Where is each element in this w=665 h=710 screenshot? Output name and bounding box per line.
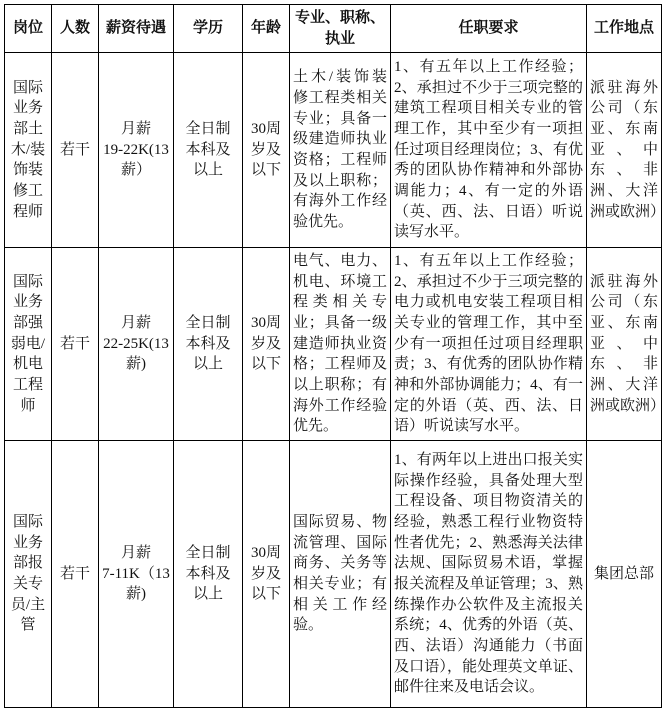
cell-age: 30周岁及以下	[243, 441, 290, 708]
cell-position: 国际业务部报关专员/主管	[5, 441, 52, 708]
cell-salary: 月薪 22-25K(13 薪)	[99, 248, 174, 441]
header-headcount: 人数	[52, 5, 99, 53]
header-education: 学历	[174, 5, 243, 53]
recruitment-page: 岗位 人数 薪资待遇 学历 年龄 专业、职称、执业 任职要求 工作地点 国际业务…	[0, 0, 665, 710]
cell-requirements: 1、有五年以上工作经验；2、承担过不少于三项完整的电力或机电安装工程项目相关专业…	[391, 248, 587, 441]
header-requirements: 任职要求	[391, 5, 587, 53]
cell-major-title: 国际贸易、物流管理、国际商务、关务等相关专业；有相关工作经验。	[290, 441, 391, 708]
cell-major-title: 土木/装饰装修工程类相关专业；具备一级建造师执业资格；工程师及以上职称；有海外工…	[290, 53, 391, 248]
table-row: 国际业务部强弱电/机电工程师 若干 月薪 22-25K(13 薪) 全日制 本科…	[5, 248, 662, 441]
cell-education: 全日制 本科及 以上	[174, 441, 243, 708]
header-salary: 薪资待遇	[99, 5, 174, 53]
cell-requirements: 1、有五年以上工作经验；2、承担过不少于三项完整的建筑工程项目相关专业的管理工作…	[391, 53, 587, 248]
cell-headcount: 若干	[52, 53, 99, 248]
cell-age: 30周岁及以下	[243, 53, 290, 248]
table-row: 国际业务部报关专员/主管 若干 月薪 7-11K（13 薪) 全日制 本科及 以…	[5, 441, 662, 708]
cell-major-title: 电气、电力、机电、环境工程类相关专业；具备一级建造师执业资格；工程师及以上职称；…	[290, 248, 391, 441]
cell-salary: 月薪 19-22K(13 薪）	[99, 53, 174, 248]
cell-location: 派驻海外公司（东亚、东南亚、中东、非洲、大洋洲或欧洲）	[587, 53, 662, 248]
cell-education: 全日制 本科及 以上	[174, 53, 243, 248]
recruitment-table: 岗位 人数 薪资待遇 学历 年龄 专业、职称、执业 任职要求 工作地点 国际业务…	[4, 4, 662, 708]
cell-salary: 月薪 7-11K（13 薪)	[99, 441, 174, 708]
table-row: 国际业务部土木/装饰装修工程师 若干 月薪 19-22K(13 薪） 全日制 本…	[5, 53, 662, 248]
cell-age: 30周岁及以下	[243, 248, 290, 441]
cell-position: 国际业务部土木/装饰装修工程师	[5, 53, 52, 248]
header-position: 岗位	[5, 5, 52, 53]
cell-education: 全日制 本科及 以上	[174, 248, 243, 441]
cell-location: 派驻海外公司（东亚、东南亚、中东、非洲、大洋洲或欧洲）	[587, 248, 662, 441]
header-location: 工作地点	[587, 5, 662, 53]
header-row: 岗位 人数 薪资待遇 学历 年龄 专业、职称、执业 任职要求 工作地点	[5, 5, 662, 53]
header-major-title: 专业、职称、执业	[290, 5, 391, 53]
cell-position: 国际业务部强弱电/机电工程师	[5, 248, 52, 441]
cell-headcount: 若干	[52, 248, 99, 441]
cell-requirements: 1、有两年以上进出口报关实际操作经验，具备处理大型工程设备、项目物资清关的经验，…	[391, 441, 587, 708]
header-age: 年龄	[243, 5, 290, 53]
cell-headcount: 若干	[52, 441, 99, 708]
cell-location: 集团总部	[587, 441, 662, 708]
